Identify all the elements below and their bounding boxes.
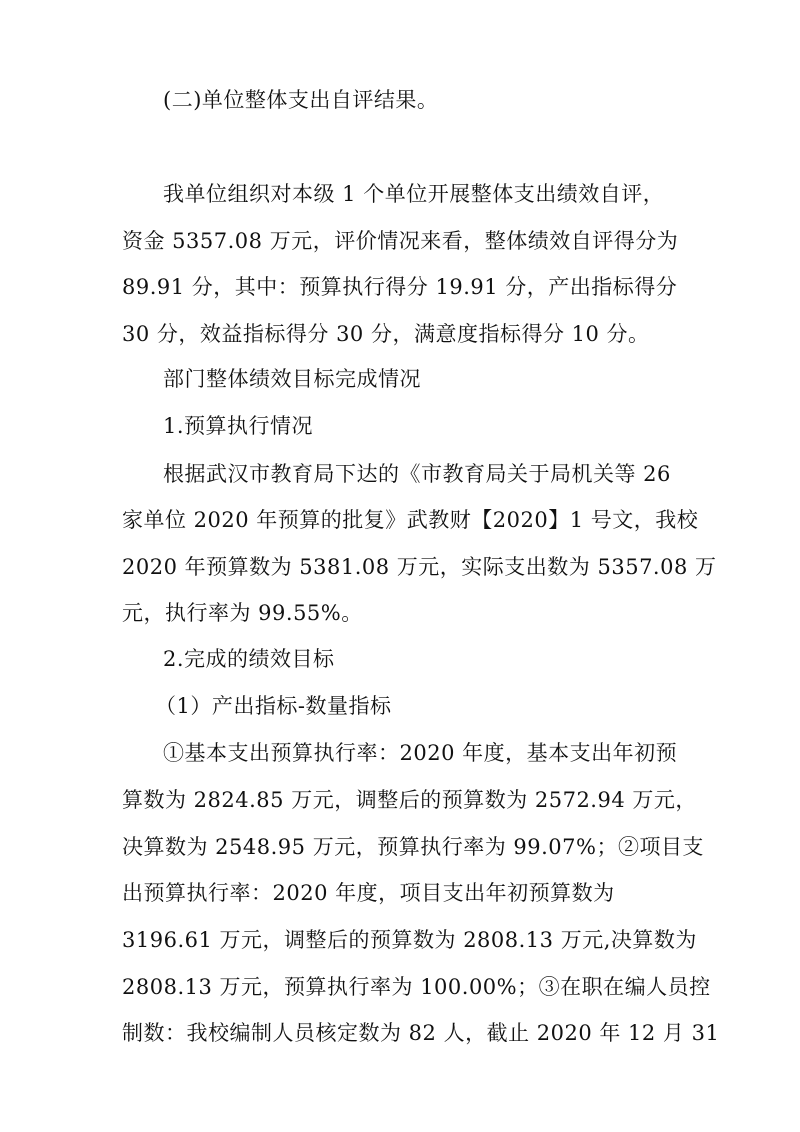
paragraph-3-line-6: 2808.13 万元，预算执行率为 100.00%；③在职在编人员控 — [122, 973, 711, 1001]
paragraph-1-line-3: 89.91 分，其中：预算执行得分 19.91 分，产出指标得分 — [122, 273, 677, 301]
paragraph-2-line-1: 根据武汉市教育局下达的《市教育局关于局机关等 26 — [163, 460, 671, 488]
paragraph-1-line-1: 我单位组织对本级 1 个单位开展整体支出绩效自评， — [163, 180, 664, 208]
paragraph-2-line-3: 2020 年预算数为 5381.08 万元，实际支出数为 5357.08 万 — [122, 553, 717, 581]
paragraph-2-line-4: 元，执行率为 99.55%。 — [122, 599, 363, 627]
subheading-completed-goals: 2.完成的绩效目标 — [163, 645, 335, 673]
paragraph-2-line-2: 家单位 2020 年预算的批复》武教财【2020】1 号文，我校 — [122, 506, 698, 534]
paragraph-3-line-7: 制数：我校编制人员核定数为 82 人，截止 2020 年 12 月 31 — [122, 1019, 719, 1047]
paragraph-3-line-3: 决算数为 2548.95 万元，预算执行率为 99.07%；②项目支 — [122, 833, 704, 861]
paragraph-3-line-5: 3196.61 万元，调整后的预算数为 2808.13 万元,决算数为 — [122, 926, 697, 954]
paragraph-1-line-4: 30 分，效益指标得分 30 分，满意度指标得分 10 分。 — [122, 320, 650, 348]
paragraph-3-line-1: ①基本支出预算执行率：2020 年度，基本支出年初预 — [163, 739, 677, 767]
subheading-dept-goals: 部门整体绩效目标完成情况 — [163, 365, 421, 393]
document-page: (二)单位整体支出自评结果。 我单位组织对本级 1 个单位开展整体支出绩效自评，… — [0, 0, 800, 1132]
section-heading: (二)单位整体支出自评结果。 — [163, 86, 438, 114]
subheading-output-quantity: （1）产出指标-数量指标 — [155, 692, 391, 720]
paragraph-1-line-2: 资金 5357.08 万元，评价情况来看，整体绩效自评得分为 — [122, 227, 678, 255]
paragraph-3-line-2: 算数为 2824.85 万元，调整后的预算数为 2572.94 万元， — [122, 786, 697, 814]
paragraph-3-line-4: 出预算执行率：2020 年度，项目支出年初预算数为 — [122, 879, 615, 907]
subheading-budget-execution: 1.预算执行情况 — [163, 412, 313, 440]
